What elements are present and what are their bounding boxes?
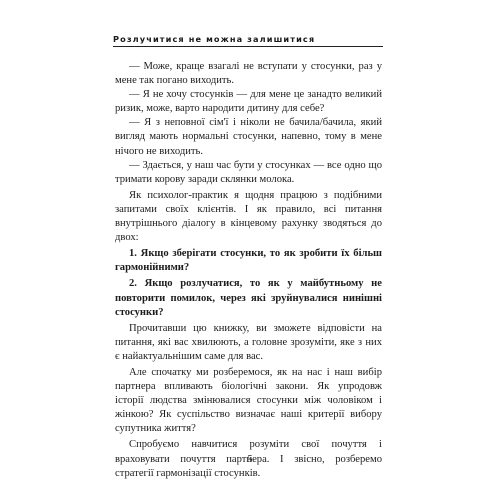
paragraph-dialogue-1: — Може, краще взагалі не вступати у стос… <box>115 60 382 88</box>
paragraph-dialogue-4: — Здається, у наш час бути у стосунках —… <box>115 159 382 187</box>
question-1: 1. Якщо зберігати стосунки, то як зробит… <box>115 247 382 275</box>
paragraph-biology: Але спочатку ми розберемося, як на нас і… <box>115 366 382 436</box>
paragraph-dialogue-3: — Я з неповної сім'ї і ніколи не бачила/… <box>115 116 382 158</box>
book-page: Розлучитися не можна залишитися — Може, … <box>0 0 500 500</box>
question-2: 2. Якщо розлучатися, то як у майбутньому… <box>115 277 382 319</box>
page-number: 5 <box>0 454 500 465</box>
paragraph-intro: Як психолог-практик я щодня працюю з под… <box>115 189 382 245</box>
paragraph-dialogue-2: — Я не хочу стосунків — для мене це зана… <box>115 88 382 116</box>
running-head: Розлучитися не можна залишитися <box>113 34 383 44</box>
header-rule <box>113 46 383 47</box>
page-body: — Може, краще взагалі не вступати у стос… <box>115 60 382 481</box>
paragraph-reading: Прочитавши цю книжку, ви зможете відпові… <box>115 322 382 364</box>
